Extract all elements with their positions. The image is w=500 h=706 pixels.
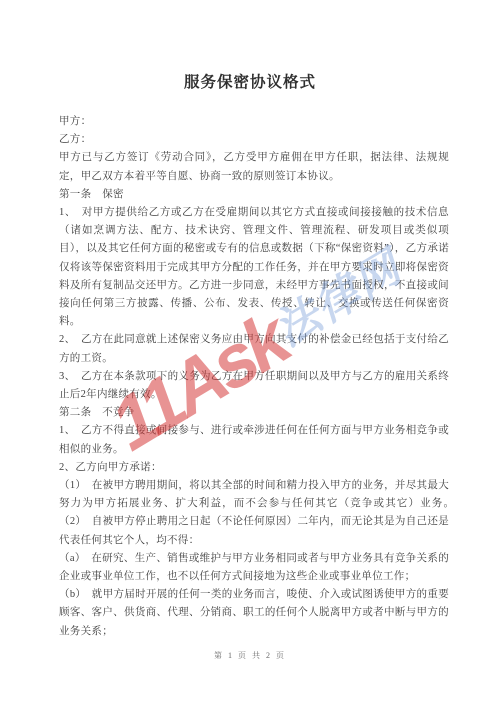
paragraph: 乙方：	[59, 131, 449, 149]
paragraph: 1、 对甲方提供给乙方或乙方在受雇期间以其它方式直接或间接接触的技术信息（诸如烹…	[59, 204, 449, 331]
paragraph: 3、 乙方在本条款项下的义务为乙方在甲方任职期间以及甲方与乙方的雇用关系终止后2…	[59, 368, 449, 404]
paragraph: （b） 就甲方届时开展的任何一类的业务而言，唆使、介入或试图诱使甲方的重要顾客、…	[59, 586, 449, 641]
paragraph: （a） 在研究、生产、销售或维护与甲方业务相同或者与甲方业务具有竞争关系的企业或…	[59, 550, 449, 586]
page-number: 第 1 页 共 2 页	[0, 650, 500, 661]
document-title: 服务保密协议格式	[0, 70, 500, 92]
document-body: 甲方：乙方：甲方已与乙方签订《劳动合同》，乙方受甲方雇佣在甲方任职，据法律、法规…	[59, 113, 449, 641]
paragraph: 1、 乙方不得直接或间接参与、进行或牵涉进任何在任何方面与甲方业务相竞争或相似的…	[59, 422, 449, 458]
paragraph: 第一条 保密	[59, 186, 449, 204]
paragraph: （1） 在被甲方聘用期间，将以其全部的时间和精力投入甲方的业务，并尽其最大努力为…	[59, 477, 449, 550]
paragraph: 甲方已与乙方签订《劳动合同》，乙方受甲方雇佣在甲方任职，据法律、法规规定，甲乙双…	[59, 149, 449, 185]
paragraph: 第二条 不竞争	[59, 404, 449, 422]
paragraph: 2、乙方向甲方承诺：	[59, 459, 449, 477]
document-page: 11Ask法律网 服务保密协议格式 甲方：乙方：甲方已与乙方签订《劳动合同》，乙…	[0, 0, 500, 706]
paragraph: 2、 乙方在此同意就上述保密义务应由甲方向其支付的补偿金已经包括于支付给乙方的工…	[59, 331, 449, 367]
paragraph: 甲方：	[59, 113, 449, 131]
